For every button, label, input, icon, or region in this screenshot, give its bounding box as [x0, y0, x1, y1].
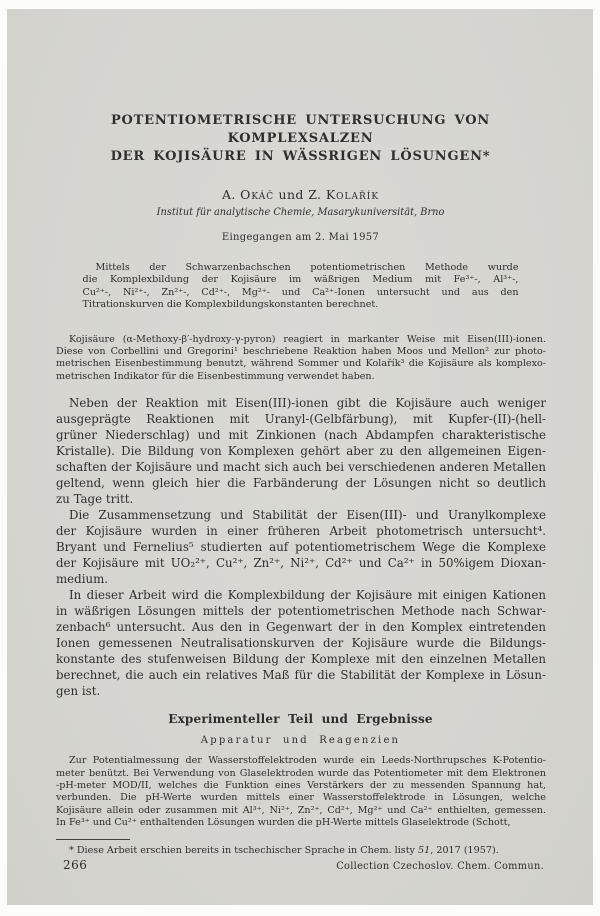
subsection-heading-apparatus: Apparatur und Reagenzien: [56, 734, 545, 747]
text-line: metrischen Indikator für die Eisenbestim…: [56, 371, 546, 383]
paragraph-apparatus: Zur Potentialmessung der Wasserstoffelek…: [56, 755, 546, 829]
author1-initial: A.: [222, 187, 240, 202]
article-title-line2: DER KOJISÄURE IN WÄSSRIGEN LÖSUNGEN*: [56, 148, 545, 166]
text-line: Bryant und Fernelius⁵ studierten auf pot…: [56, 539, 546, 555]
text-line: Die Zusammensetzung und Stabilität der E…: [56, 507, 546, 523]
received-date: Eingegangen am 2. Mai 1957: [56, 231, 545, 244]
text-line: geltend, wenn gleich hier die Farbänderu…: [56, 475, 546, 491]
text-line: schaften der Kojisäure und macht sich au…: [56, 459, 546, 475]
text-line: der Kojisäure wurden in einer früheren A…: [56, 523, 546, 539]
text-line: Titrationskurven die Komplexbildungskons…: [83, 299, 519, 311]
paragraph-intro: Kojisäure (α-Methoxy-β′-hydroxy-γ-pyron)…: [56, 334, 546, 384]
footnote-volume: 51: [418, 845, 430, 856]
text-line: die Komplexbildung der Kojisäure im wäßr…: [83, 274, 519, 286]
footnote-text: * Diese Arbeit erschien bereits in tsche…: [69, 845, 418, 856]
authors-connector: und: [274, 187, 308, 202]
footnote-tail: , 2017 (1957).: [430, 845, 499, 856]
author2-initial: Z.: [308, 187, 326, 202]
text-line: Kristalle). Die Bildung von Komplexen ge…: [56, 443, 546, 459]
text-line: Diese von Corbellini und Gregorini¹ besc…: [56, 346, 546, 358]
footnote-divider: [56, 839, 130, 840]
page-footer: 266 Collection Czechoslov. Chem. Commun.: [63, 858, 544, 872]
text-line: konstante des stufenweisen Bildung der K…: [56, 651, 546, 667]
text-line: gen ist.: [56, 683, 546, 699]
paragraph-this-work: In dieser Arbeit wird die Komplexbildung…: [56, 587, 546, 699]
text-line: ausgeprägte Reaktionen mit Uranyl-(Gelbf…: [56, 411, 546, 427]
article-title-line1: POTENTIOMETRISCHE UNTERSUCHUNG VON KOMPL…: [56, 112, 545, 148]
text-line: In dieser Arbeit wird die Komplexbildung…: [56, 587, 546, 603]
text-line: Kojisäure allein oder zusammen mit Al³⁺,…: [56, 805, 546, 817]
article-title: POTENTIOMETRISCHE UNTERSUCHUNG VON KOMPL…: [56, 112, 545, 166]
footnote: * Diese Arbeit erschien bereits in tsche…: [56, 844, 545, 857]
text-line: zu Tage tritt.: [56, 491, 546, 507]
text-line: Neben der Reaktion mit Eisen(III)-ionen …: [56, 395, 546, 411]
text-line: medium.: [56, 571, 546, 587]
text-line: der Kojisäure mit UO₂²⁺, Cu²⁺, Zn²⁺, Ni²…: [56, 555, 546, 571]
text-line: zenbach⁶ untersucht. Aus den in Gegenwar…: [56, 619, 546, 635]
author1-name: Okáč: [240, 187, 274, 202]
page-number: 266: [63, 858, 87, 872]
abstract: Mittels der Schwarzenbachschen potentiom…: [83, 262, 519, 312]
text-line: metrischen Eisenbestimmung benutzt, währ…: [56, 358, 546, 370]
authors-line: A. Okáč und Z. Kolařík: [56, 187, 545, 203]
text-line: Kojisäure (α-Methoxy-β′-hydroxy-γ-pyron)…: [56, 334, 546, 346]
section-heading-experimental: Experimenteller Teil und Ergebnisse: [56, 711, 545, 727]
paragraph-reactions: Neben der Reaktion mit Eisen(III)-ionen …: [56, 395, 546, 507]
text-line: Ionen gemessenen Neutralisationskurven d…: [56, 635, 546, 651]
text-line: Zur Potentialmessung der Wasserstoffelek…: [56, 755, 546, 767]
text-line: in wäßrigen Lösungen mittels der potenti…: [56, 603, 546, 619]
text-line: verbunden. Die pH-Werte wurden mittels e…: [56, 792, 546, 804]
text-line: grüner Niederschlag) und mit Zinkionen (…: [56, 427, 546, 443]
text-line: Cu²⁺-, Ni²⁺-, Zn²⁺-, Cd²⁺-, Mg²⁺- und Ca…: [83, 287, 519, 299]
author2-name: Kolařík: [326, 187, 379, 202]
text-line: Mittels der Schwarzenbachschen potentiom…: [83, 262, 519, 274]
journal-name: Collection Czechoslov. Chem. Commun.: [336, 861, 544, 872]
text-line: meter benützt. Bei Verwendung von Glasel…: [56, 768, 546, 780]
text-line: In Fe³⁺ und Cu²⁺ enthaltenden Lösungen w…: [56, 817, 546, 829]
scanned-page: POTENTIOMETRISCHE UNTERSUCHUNG VON KOMPL…: [7, 9, 593, 905]
text-line: -pH-meter MOD/II, welches die Funktion e…: [56, 780, 546, 792]
text-line: berechnet, die auch ein relatives Maß fü…: [56, 667, 546, 683]
paragraph-previous-work: Die Zusammensetzung und Stabilität der E…: [56, 507, 546, 587]
affiliation: Institut für analytische Chemie, Masaryk…: [56, 206, 545, 219]
